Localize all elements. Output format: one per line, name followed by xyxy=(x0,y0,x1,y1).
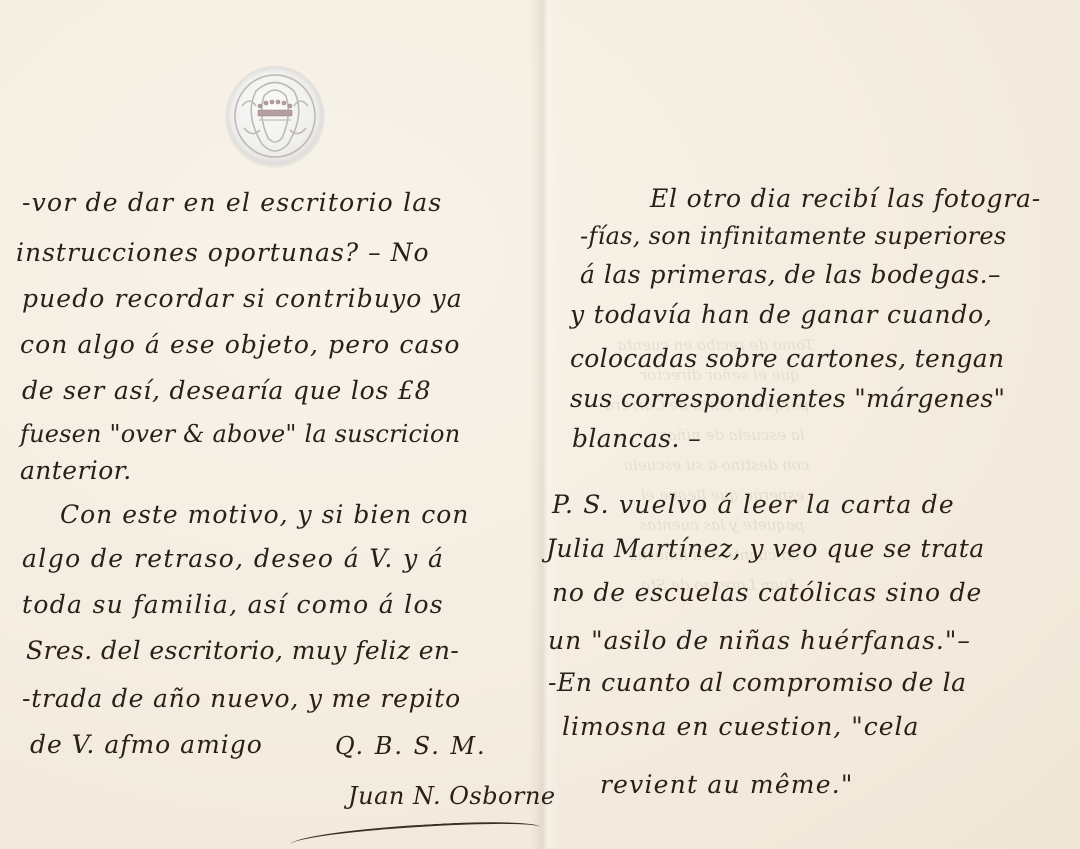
postscript-line: -En cuanto al compromiso de la xyxy=(548,668,967,697)
postscript-line: Julia Martínez, y veo que se trata xyxy=(546,534,985,563)
postscript-line: no de escuelas católicas sino de xyxy=(552,578,982,607)
letter-line: -trada de año nuevo, y me repito xyxy=(22,684,461,713)
letter-line: fuesen "over & above" la suscricion xyxy=(20,420,460,448)
closing-abbreviation: Q. B. S. M. xyxy=(335,732,487,760)
postscript-line: P. S. vuelvo á leer la carta de xyxy=(552,490,955,519)
signature: Juan N. Osborne xyxy=(348,782,556,810)
letter-line: blancas. – xyxy=(572,424,701,453)
right-page: El otro dia recibí las fotogra- -fías, s… xyxy=(540,0,1080,849)
postscript-line: revient au même." xyxy=(600,770,854,799)
letter-line: Con este motivo, y si bien con xyxy=(60,500,469,529)
letter-line: anterior. xyxy=(20,456,132,485)
letter-line: toda su familia, así como á los xyxy=(22,590,444,619)
letter-line: -fías, son infinitamente superiores xyxy=(580,222,1007,250)
letter-line: -vor de dar en el escritorio las xyxy=(22,188,442,217)
letter-line: con algo á ese objeto, pero caso xyxy=(20,330,461,359)
letter-line: y todavía han de ganar cuando, xyxy=(570,300,993,329)
letter-line: puedo recordar si contribuyo ya xyxy=(22,284,463,313)
letter-line: El otro dia recibí las fotogra- xyxy=(650,184,1041,213)
letter-line: instrucciones oportunas? – No xyxy=(16,238,430,267)
letter-line: algo de retraso, deseo á V. y á xyxy=(22,544,444,573)
letter-line: Sres. del escritorio, muy feliz en- xyxy=(26,636,459,665)
letter-line: colocadas sobre cartones, tengan xyxy=(570,344,1004,373)
letter-line: de V. afmo amigo xyxy=(30,730,263,759)
signature-flourish xyxy=(290,818,541,849)
postscript-line: un "asilo de niñas huérfanas."– xyxy=(548,626,971,655)
letter-line: á las primeras, de las bodegas.– xyxy=(580,260,1001,289)
left-page: -vor de dar en el escritorio las instruc… xyxy=(0,0,540,849)
postscript-line: limosna en cuestion, "cela xyxy=(562,712,919,741)
letter-line: sus correspondientes "márgenes" xyxy=(570,384,1005,413)
letter-line: de ser así, desearía que los £8 xyxy=(22,376,431,405)
